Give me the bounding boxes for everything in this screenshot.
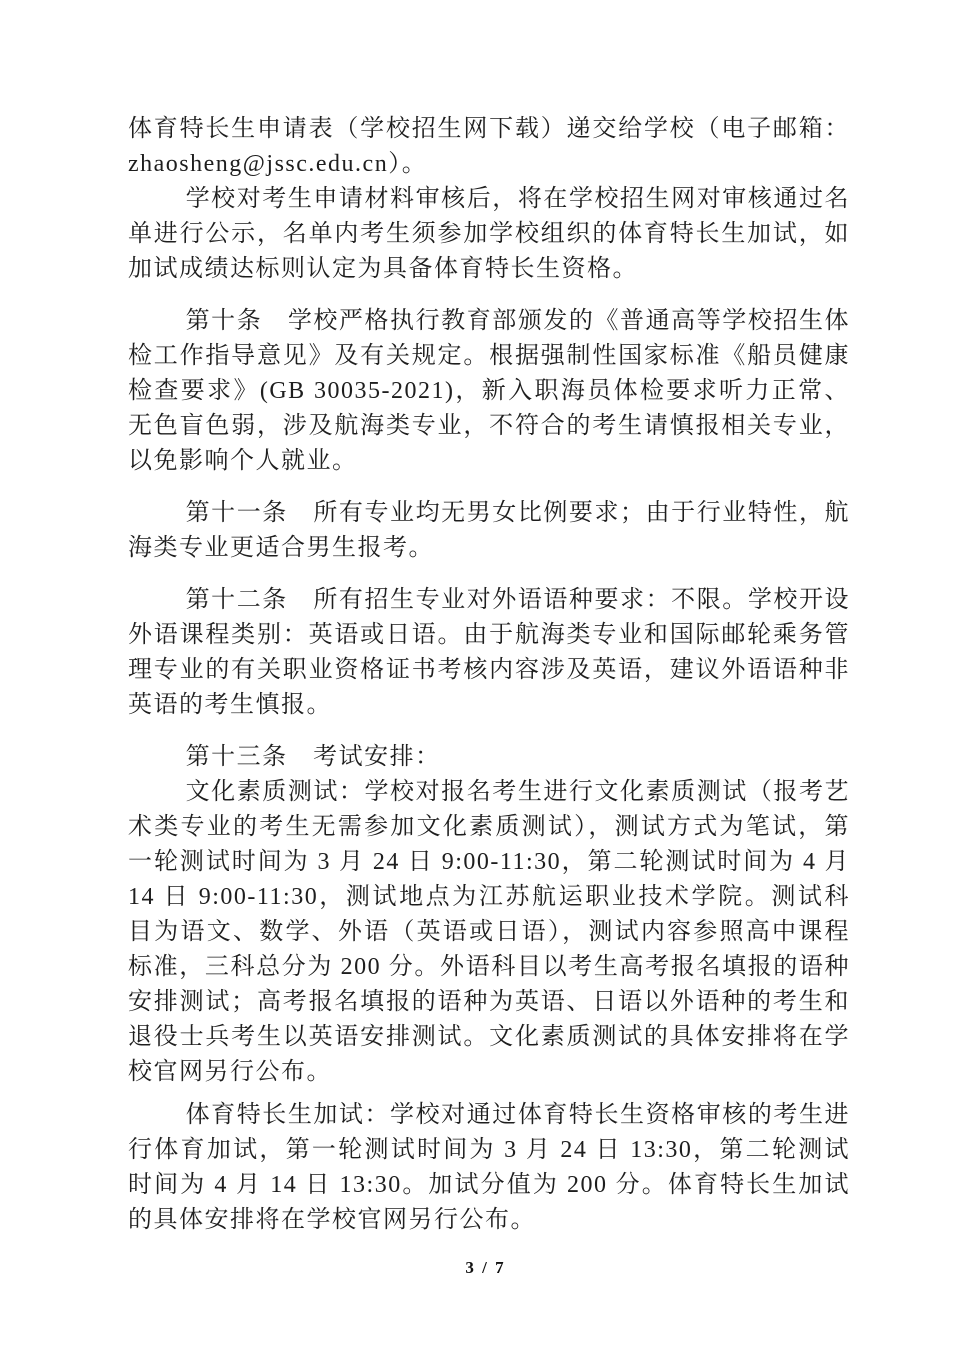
page-number: 3 / 7 [0, 1258, 971, 1278]
paragraph-article-10-physical-exam: 第十条 学校严格执行教育部颁发的《普通高等学校招生体检工作指导意见》及有关规定。… [128, 304, 850, 479]
paragraph-culture-quality-test: 文化素质测试：学校对报名考生进行文化素质测试（报考艺术类专业的考生无需参加文化素… [128, 775, 850, 1090]
paragraph-article-12-foreign-language: 第十二条 所有招生专业对外语语种要求：不限。学校开设外语课程类别：英语或日语。由… [128, 583, 850, 723]
paragraph-article-13-exam-arrangement: 第十三条 考试安排： [128, 740, 850, 775]
document-body: 体育特长生申请表（学校招生网下载）递交给学校（电子邮箱：zhaosheng@js… [128, 112, 850, 1238]
paragraph-sports-application-continued: 体育特长生申请表（学校招生网下载）递交给学校（电子邮箱：zhaosheng@js… [128, 112, 850, 182]
paragraph-article-11-gender-ratio: 第十一条 所有专业均无男女比例要求；由于行业特性，航海类专业更适合男生报考。 [128, 496, 850, 566]
document-page: { "document": { "background_color": "#ff… [0, 0, 971, 1367]
paragraph-sports-talent-test: 体育特长生加试：学校对通过体育特长生资格审核的考生进行体育加试，第一轮测试时间为… [128, 1098, 850, 1238]
paragraph-material-review: 学校对考生申请材料审核后，将在学校招生网对审核通过名单进行公示，名单内考生须参加… [128, 182, 850, 287]
